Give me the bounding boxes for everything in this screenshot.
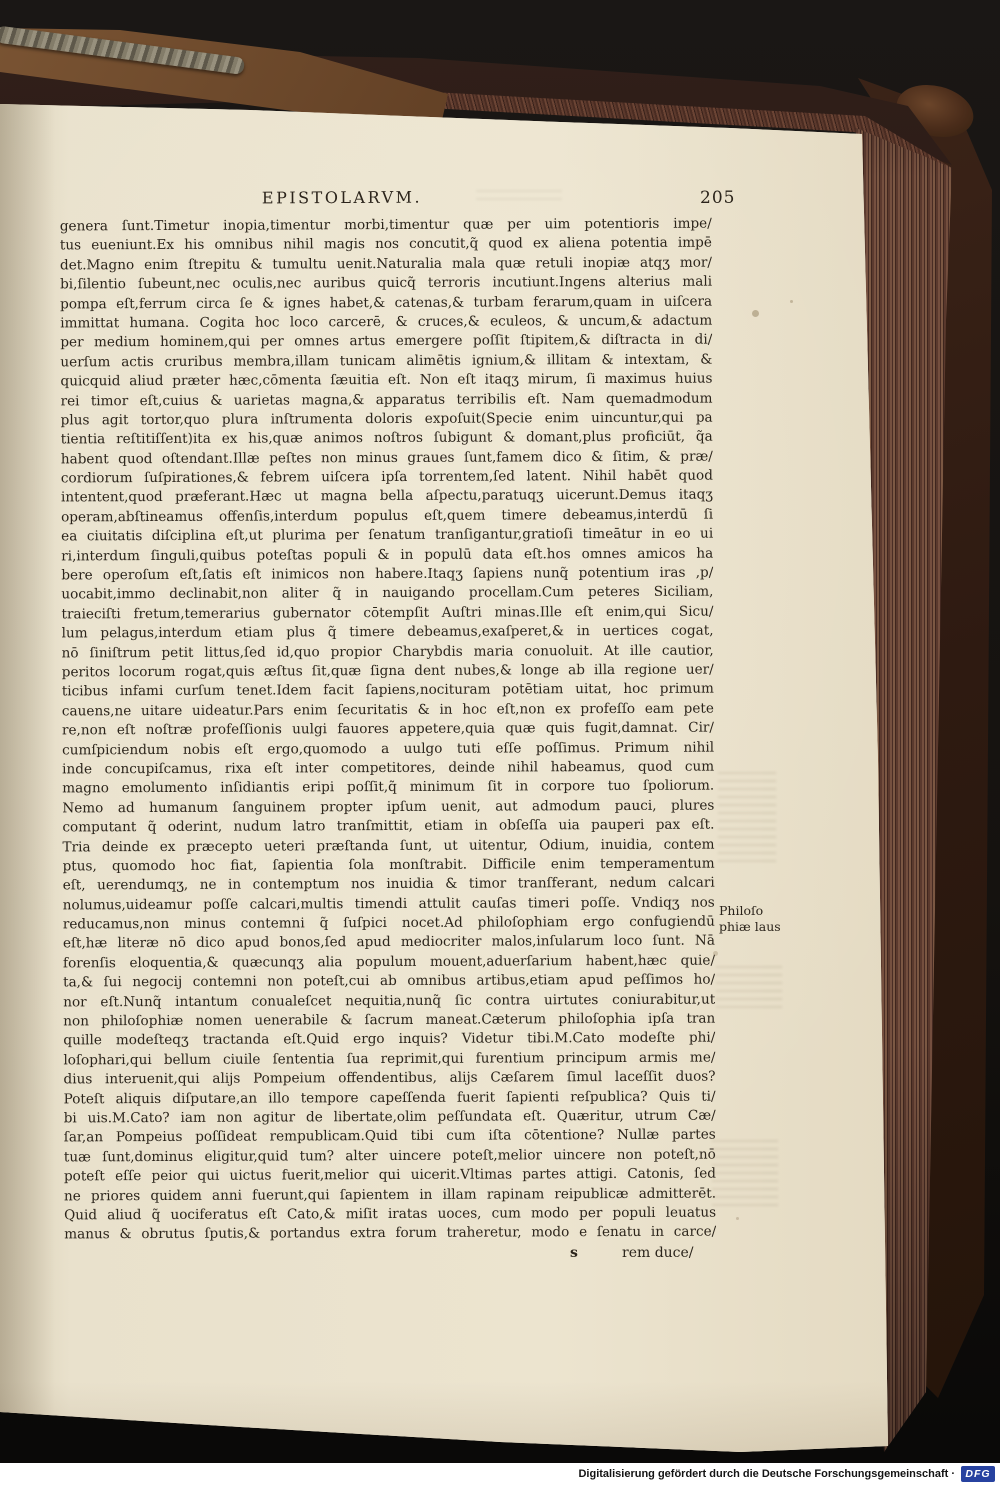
- text-line: ta,& ſui negocij contemni non poteſt,cui…: [63, 971, 715, 993]
- show-through-smudge: [476, 190, 562, 206]
- text-line: Quid aliud q̃ uociferatus eſt Cato,& miſ…: [64, 1203, 716, 1225]
- text-line: nor eſt.Nunq̃ intantum conualeſcet nequi…: [63, 990, 715, 1012]
- text-line: magno emolumento inſidiantis eripi poſſi…: [62, 777, 714, 799]
- text-line: tientia reſtitiſſent)ita ex his,quæ anim…: [61, 428, 713, 450]
- text-line: Tria deinde ex præcepto ueteri præſtanda…: [62, 835, 714, 857]
- show-through-smudge: [712, 1140, 778, 1208]
- text-line: inde concupiſcamus, rixa eſt inter compe…: [62, 758, 714, 780]
- text-line: ea ciuitatis diſciplina eſt,ut plurima p…: [61, 525, 713, 547]
- show-through-smudge: [716, 966, 782, 1012]
- main-text-block: genera ſunt.Timetur inopia,timentur morb…: [60, 215, 716, 1246]
- text-line: per medium hominem,qui per omnes artus e…: [60, 331, 712, 353]
- text-line: ptus, quomodo hoc fiat, ſapientia ſola m…: [63, 854, 715, 876]
- text-line: dius interuenit,qui alijs Pompeium offen…: [63, 1068, 715, 1090]
- text-line: non philoſophiæ nomen uenerabile & ſacru…: [63, 1010, 715, 1032]
- text-line: uerſum actis cruribus membra,illam tunic…: [60, 350, 712, 372]
- text-line: det.Magno enim ſtrepitu & tumultu uenit.…: [60, 253, 712, 275]
- text-line: Nemo ad humanum ſanguinem propter ipſum …: [62, 796, 714, 818]
- text-line: lum pelagus,interdum etiam plus q̃ timer…: [62, 622, 714, 644]
- book-page: EPISTOLARVM. 205 genera ſunt.Timetur ino…: [0, 0, 1000, 1485]
- text-line: re,non eſt noſtræ profeſſionis uulgi fau…: [62, 719, 714, 741]
- running-head-title: EPISTOLARVM.: [262, 188, 422, 208]
- text-line: pompa eſt,ferrum circa ſe & ignes habet,…: [60, 292, 712, 314]
- signature-mark: s: [570, 1245, 578, 1261]
- text-line: operam,abſtineamus offenſis,interdum pop…: [61, 505, 713, 527]
- text-line: rei timor eſt,cuius & uarietas magna,& a…: [61, 389, 713, 411]
- text-line: forenſis eloquentia,& quæcunqʒ alia popu…: [63, 951, 715, 973]
- text-line: uocabit,immo declinabit,non aliter q̃ in…: [61, 583, 713, 605]
- text-line: eſt, uerendumqʒ, ne in contemptum nos in…: [63, 874, 715, 896]
- text-line: genera ſunt.Timetur inopia,timentur morb…: [60, 215, 712, 237]
- gutter-shadow: [0, 100, 55, 1430]
- text-line: computant q̃ oderint, nudum latro tranſm…: [62, 816, 714, 838]
- text-line: intentent,quod præferant.Hæc ut magna be…: [61, 486, 713, 508]
- signature-line: s rem duce/: [62, 1245, 714, 1265]
- text-line: eſt,hæ literæ nō dico apud bonos,ſed apu…: [63, 932, 715, 954]
- text-line: ticibus infami curſum tenet.Idem facit ſ…: [62, 680, 714, 702]
- text-line: traieciſti fretum,temerarius gubernator …: [61, 602, 713, 624]
- paper-stains: [752, 310, 759, 317]
- text-line: nolumus,uideamur poſſe calcari,multis ti…: [63, 893, 715, 915]
- text-line: manus & obrutus ſputis,& portandus extra…: [64, 1223, 716, 1245]
- text-line: cumſpiciendum nobis eſt ergo,quomodo a u…: [62, 738, 714, 760]
- text-line: immittat humana. Cogita hoc loco carcerē…: [60, 312, 712, 334]
- text-line: poteſt eſſe peior qui uictus fuerit,meli…: [64, 1165, 716, 1187]
- show-through-smudge: [718, 772, 776, 868]
- text-line: Poteſt aliquis diſputare,an illo tempore…: [64, 1087, 716, 1109]
- text-line: nō ſiniſtrum petit littus,ſed id,quo pro…: [62, 641, 714, 663]
- marginal-note-line1: Philoſo: [719, 903, 807, 919]
- text-line: bere operoſum eſt,ſatis eſt inimicos non…: [61, 564, 713, 586]
- text-line: ri,interdum ſinguli,quibus poteſtas popu…: [61, 544, 713, 566]
- catchword: rem duce/: [622, 1245, 694, 1261]
- marginal-note: Philoſo phiæ laus: [719, 903, 807, 934]
- text-line: plus agit tortor,quo plura inſtrumenta d…: [61, 408, 713, 430]
- text-line: tus eueniunt.Ex his omnibus nihil magis …: [60, 234, 712, 256]
- text-line: quicquid aliud præter hæc,cōmenta ſæuiti…: [60, 370, 712, 392]
- text-line: bi,ſilentio ſubeunt,nec oculis,nec aurib…: [60, 273, 712, 295]
- text-line: cordiorum ſuſpirationes,& febrem uiſcera…: [61, 467, 713, 489]
- dfg-logo: DFG: [961, 1466, 995, 1482]
- text-line: ſar,an Pompeius poſſideat rempublicam.Qu…: [64, 1126, 716, 1148]
- text-line: quille modeſteqʒ tractanda eſt.Quid ergo…: [63, 1029, 715, 1051]
- marginal-note-line2: phiæ laus: [719, 919, 807, 935]
- text-line: habent quod oſtendant.Illæ peſtes non mi…: [61, 447, 713, 469]
- text-line: loſophari,qui bellum ciuile ſententia ſu…: [63, 1048, 715, 1070]
- credit-text: Digitalisierung gefördert durch die Deut…: [578, 1468, 955, 1480]
- text-line: bi uis.M.Cato? iam non agitur de liberta…: [64, 1107, 716, 1129]
- text-line: peritos locorum rogat,quis æſtus ſit,quæ…: [62, 661, 714, 683]
- text-line: tuæ ſunt,dominus eligitur,quid tum? alte…: [64, 1145, 716, 1167]
- page-number: 205: [700, 188, 746, 208]
- digitization-credit-bar: Digitalisierung gefördert durch die Deut…: [0, 1463, 1000, 1485]
- scan-background: EPISTOLARVM. 205 genera ſunt.Timetur ino…: [0, 0, 1000, 1485]
- text-line: cauens,ne uitare uideatur.Pars enim ſecu…: [62, 699, 714, 721]
- text-line: ne priores quidem anni fuerunt,qui ſapie…: [64, 1184, 716, 1206]
- text-line: reducamus,non minus contemni q̃ ſuſpici …: [63, 913, 715, 935]
